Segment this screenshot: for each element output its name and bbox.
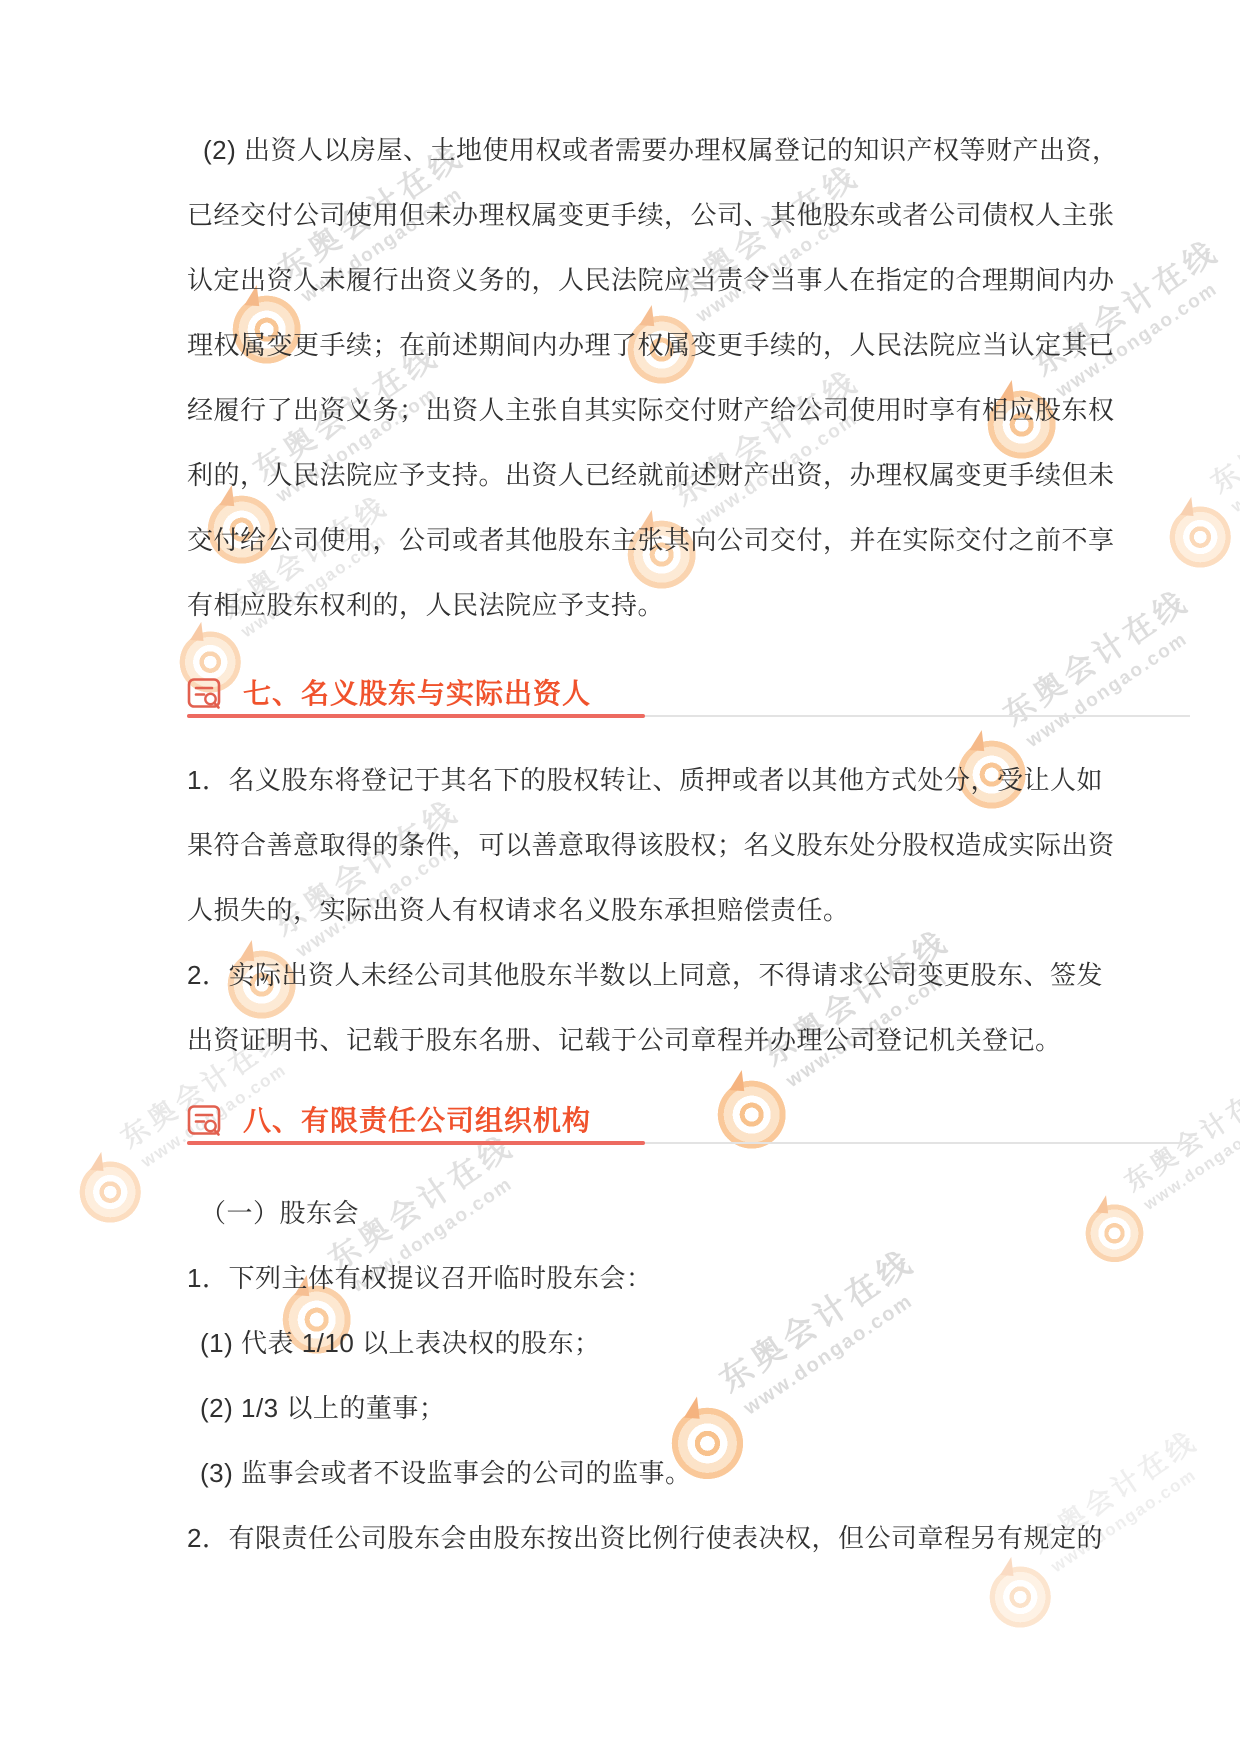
text-line: 1．名义股东将登记于其名下的股权转让、质押或者以其他方式处分，受让人如 <box>187 748 1190 813</box>
document-content: (2) 出资人以房屋、土地使用权或者需要办理权属登记的知识产权等财产出资， 已经… <box>187 118 1190 1571</box>
text-line: 已经交付公司使用但未办理权属变更手续，公司、其他股东或者公司债权人主张 <box>187 183 1190 248</box>
dongao-logo-icon <box>68 1150 153 1235</box>
list-item: 1．下列主体有权提议召开临时股东会： <box>187 1246 1190 1311</box>
text-line: 有相应股东权利的，人民法院应予支持。 <box>187 573 1190 638</box>
text-line: 人损失的，实际出资人有权请求名义股东承担赔偿责任。 <box>187 878 1190 943</box>
doc-search-icon <box>187 677 223 711</box>
document-page: 东奥会计在线www.dongao.com东奥会计在线www.dongao.com… <box>0 0 1240 1753</box>
text-line: (2) 出资人以房屋、土地使用权或者需要办理权属登记的知识产权等财产出资， <box>187 118 1190 183</box>
section-title: 八、有限责任公司组织机构 <box>243 1103 591 1139</box>
watermark-text: 东奥会计在线www.dongao.com <box>1201 358 1240 519</box>
text-line: 出资证明书、记载于股东名册、记载于公司章程并办理公司登记机关登记。 <box>187 1008 1190 1073</box>
section-title: 七、名义股东与实际出资人 <box>243 676 591 712</box>
paragraph-item2: 2．实际出资人未经公司其他股东半数以上同意，不得请求公司变更股东、签发 出资证明… <box>187 943 1190 1073</box>
paragraph-item1: 1．名义股东将登记于其名下的股权转让、质押或者以其他方式处分，受让人如 果符合善… <box>187 748 1190 943</box>
watermark-url-text: www.dongao.com <box>1225 394 1240 519</box>
list-subitem: (3) 监事会或者不设监事会的公司的监事。 <box>187 1441 1190 1506</box>
text-line: 经履行了出资义务；出资人主张自其实际交付财产给公司使用时享有相应股东权 <box>187 378 1190 443</box>
section-underline <box>187 1141 1190 1145</box>
text-line: 2．实际出资人未经公司其他股东半数以上同意，不得请求公司变更股东、签发 <box>187 943 1190 1008</box>
text-line: 果符合善意取得的条件，可以善意取得该股权；名义股东处分股权造成实际出资 <box>187 813 1190 878</box>
text-line: 交付给公司使用，公司或者其他股东主张其向公司交付，并在实际交付之前不享 <box>187 508 1190 573</box>
list-subitem: (1) 代表 1/10 以上表决权的股东； <box>187 1311 1190 1376</box>
doc-search-icon <box>187 1104 223 1138</box>
sub-heading-shareholders-meeting: （一）股东会 <box>187 1181 1190 1246</box>
text-line: 利的，人民法院应予支持。出资人已经就前述财产出资，办理权属变更手续但未 <box>187 443 1190 508</box>
paragraph-intro: (2) 出资人以房屋、土地使用权或者需要办理权属登记的知识产权等财产出资， 已经… <box>187 118 1190 638</box>
watermark-brand-text: 东奥会计在线 <box>1201 358 1240 500</box>
underline-rule <box>645 715 1190 717</box>
list-item: 2．有限责任公司股东会由股东按出资比例行使表决权，但公司章程另有规定的 <box>187 1506 1190 1571</box>
text-line: 理权属变更手续；在前述期间内办理了权属变更手续的，人民法院应当认定其已 <box>187 313 1190 378</box>
underline-accent <box>187 714 645 718</box>
section-header-7: 七、名义股东与实际出资人 <box>187 676 1190 712</box>
underline-accent <box>187 1141 645 1145</box>
underline-rule <box>645 1142 1190 1144</box>
list-subitem: (2) 1/3 以上的董事； <box>187 1376 1190 1441</box>
section-underline <box>187 714 1190 718</box>
section-header-8: 八、有限责任公司组织机构 <box>187 1103 1190 1139</box>
text-line: 认定出资人未履行出资义务的，人民法院应当责令当事人在指定的合理期间内办 <box>187 248 1190 313</box>
